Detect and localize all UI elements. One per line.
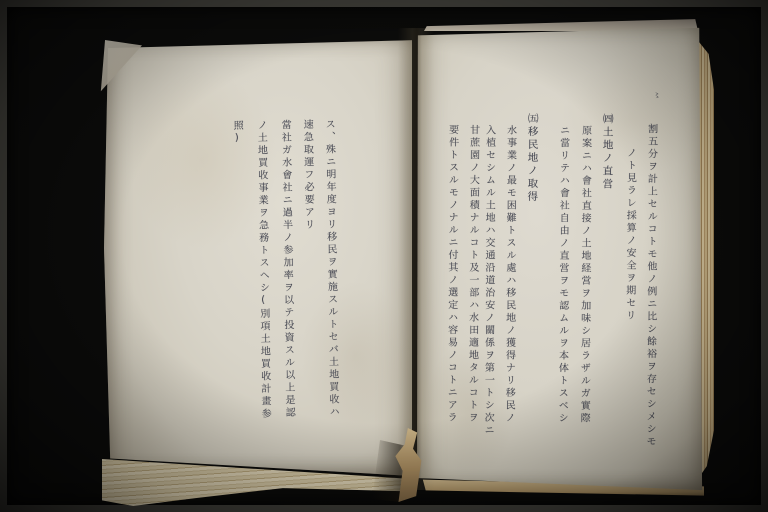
text-column: 速急取運フ必要アリ bbox=[299, 119, 316, 232]
left-page-text: ス、殊ニ明年度ヨリ移民ヲ實施スルトセバ土地買收ハ 速急取運フ必要アリ 當社ガ水會… bbox=[0, 0, 768, 512]
text-column: ス、殊ニ明年度ヨリ移民ヲ實施スルトセバ土地買收ハ bbox=[321, 119, 340, 419]
text-column: ノ土地買收事業ヲ急務トスヘシ(別項土地買收計畫参 bbox=[253, 120, 272, 421]
text-column: 照) bbox=[229, 120, 244, 146]
text-column: 當社ガ水會社ニ過半ノ参加率ヲ以テ投資スル以上是認 bbox=[277, 119, 296, 419]
